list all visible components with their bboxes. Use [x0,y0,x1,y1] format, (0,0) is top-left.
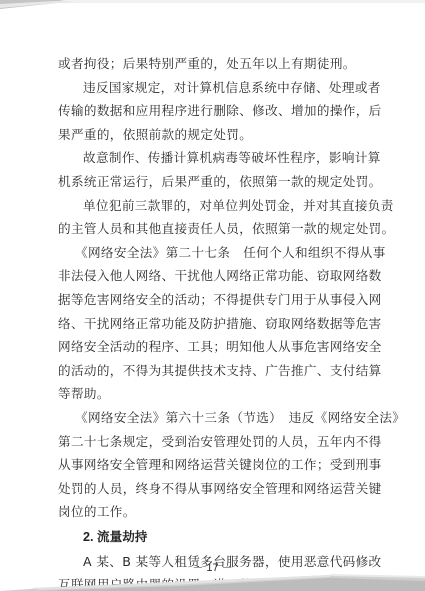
top-decorative-swoosh [0,0,425,10]
text-line: 从事网络安全管理和网络运营关键岗位的工作；受到刑事 [58,453,368,477]
bottom-decorative-swoosh [0,569,425,591]
text-line: 的活动的，不得为其提供技术支持、广告推广、支付结算 [58,359,368,383]
text-line: 网络安全活动的程序、工具；明知他人从事危害网络安全 [58,335,368,359]
section-heading: 2. 流量劫持 [58,525,368,550]
text-line: 传输的数据和应用程序进行删除、修改、增加的操作，后 [58,99,368,123]
text-line: 果严重的，依照前款的规定处罚。 [58,123,368,147]
document-body: 或者拘役；后果特别严重的，处五年以上有期徒刑。违反国家规定，对计算机信息系统中存… [58,52,368,591]
text-line: 岗位的工作。 [58,500,368,524]
text-line: 机系统正常运行，后果严重的，依照第一款的规定处罚。 [58,170,368,194]
text-line: 《网络安全法》第二十七条 任何个人和组织不得从事 [58,241,368,265]
text-line: 非法侵入他人网络、干扰他人网络正常功能、窃取网络数 [58,264,368,288]
text-line: 处罚的人员，终身不得从事网络安全管理和网络运营关键 [58,477,368,501]
text-line: 或者拘役；后果特别严重的，处五年以上有期徒刑。 [58,52,368,76]
text-line: 等帮助。 [58,382,368,406]
text-line: 故意制作、传播计算机病毒等破坏性程序，影响计算 [58,146,368,170]
text-line: 的主管人员和其他直接责任人员，依照第一款的规定处罚。 [58,217,368,241]
text-line: 《网络安全法》第六十三条（节选） 违反《网络安全法》 [58,406,368,430]
text-line: 络、干扰网络正常功能及防护措施、窃取网络数据等危害 [58,312,368,336]
text-line: 据等危害网络安全的活动；不得提供专门用于从事侵入网 [58,288,368,312]
text-line: 违反国家规定，对计算机信息系统中存储、处理或者 [58,76,368,100]
text-line: 单位犯前三款罪的，对单位判处罚金，并对其直接负责 [58,194,368,218]
text-line: 第二十七条规定，受到治安管理处罚的人员，五年内不得 [58,430,368,454]
